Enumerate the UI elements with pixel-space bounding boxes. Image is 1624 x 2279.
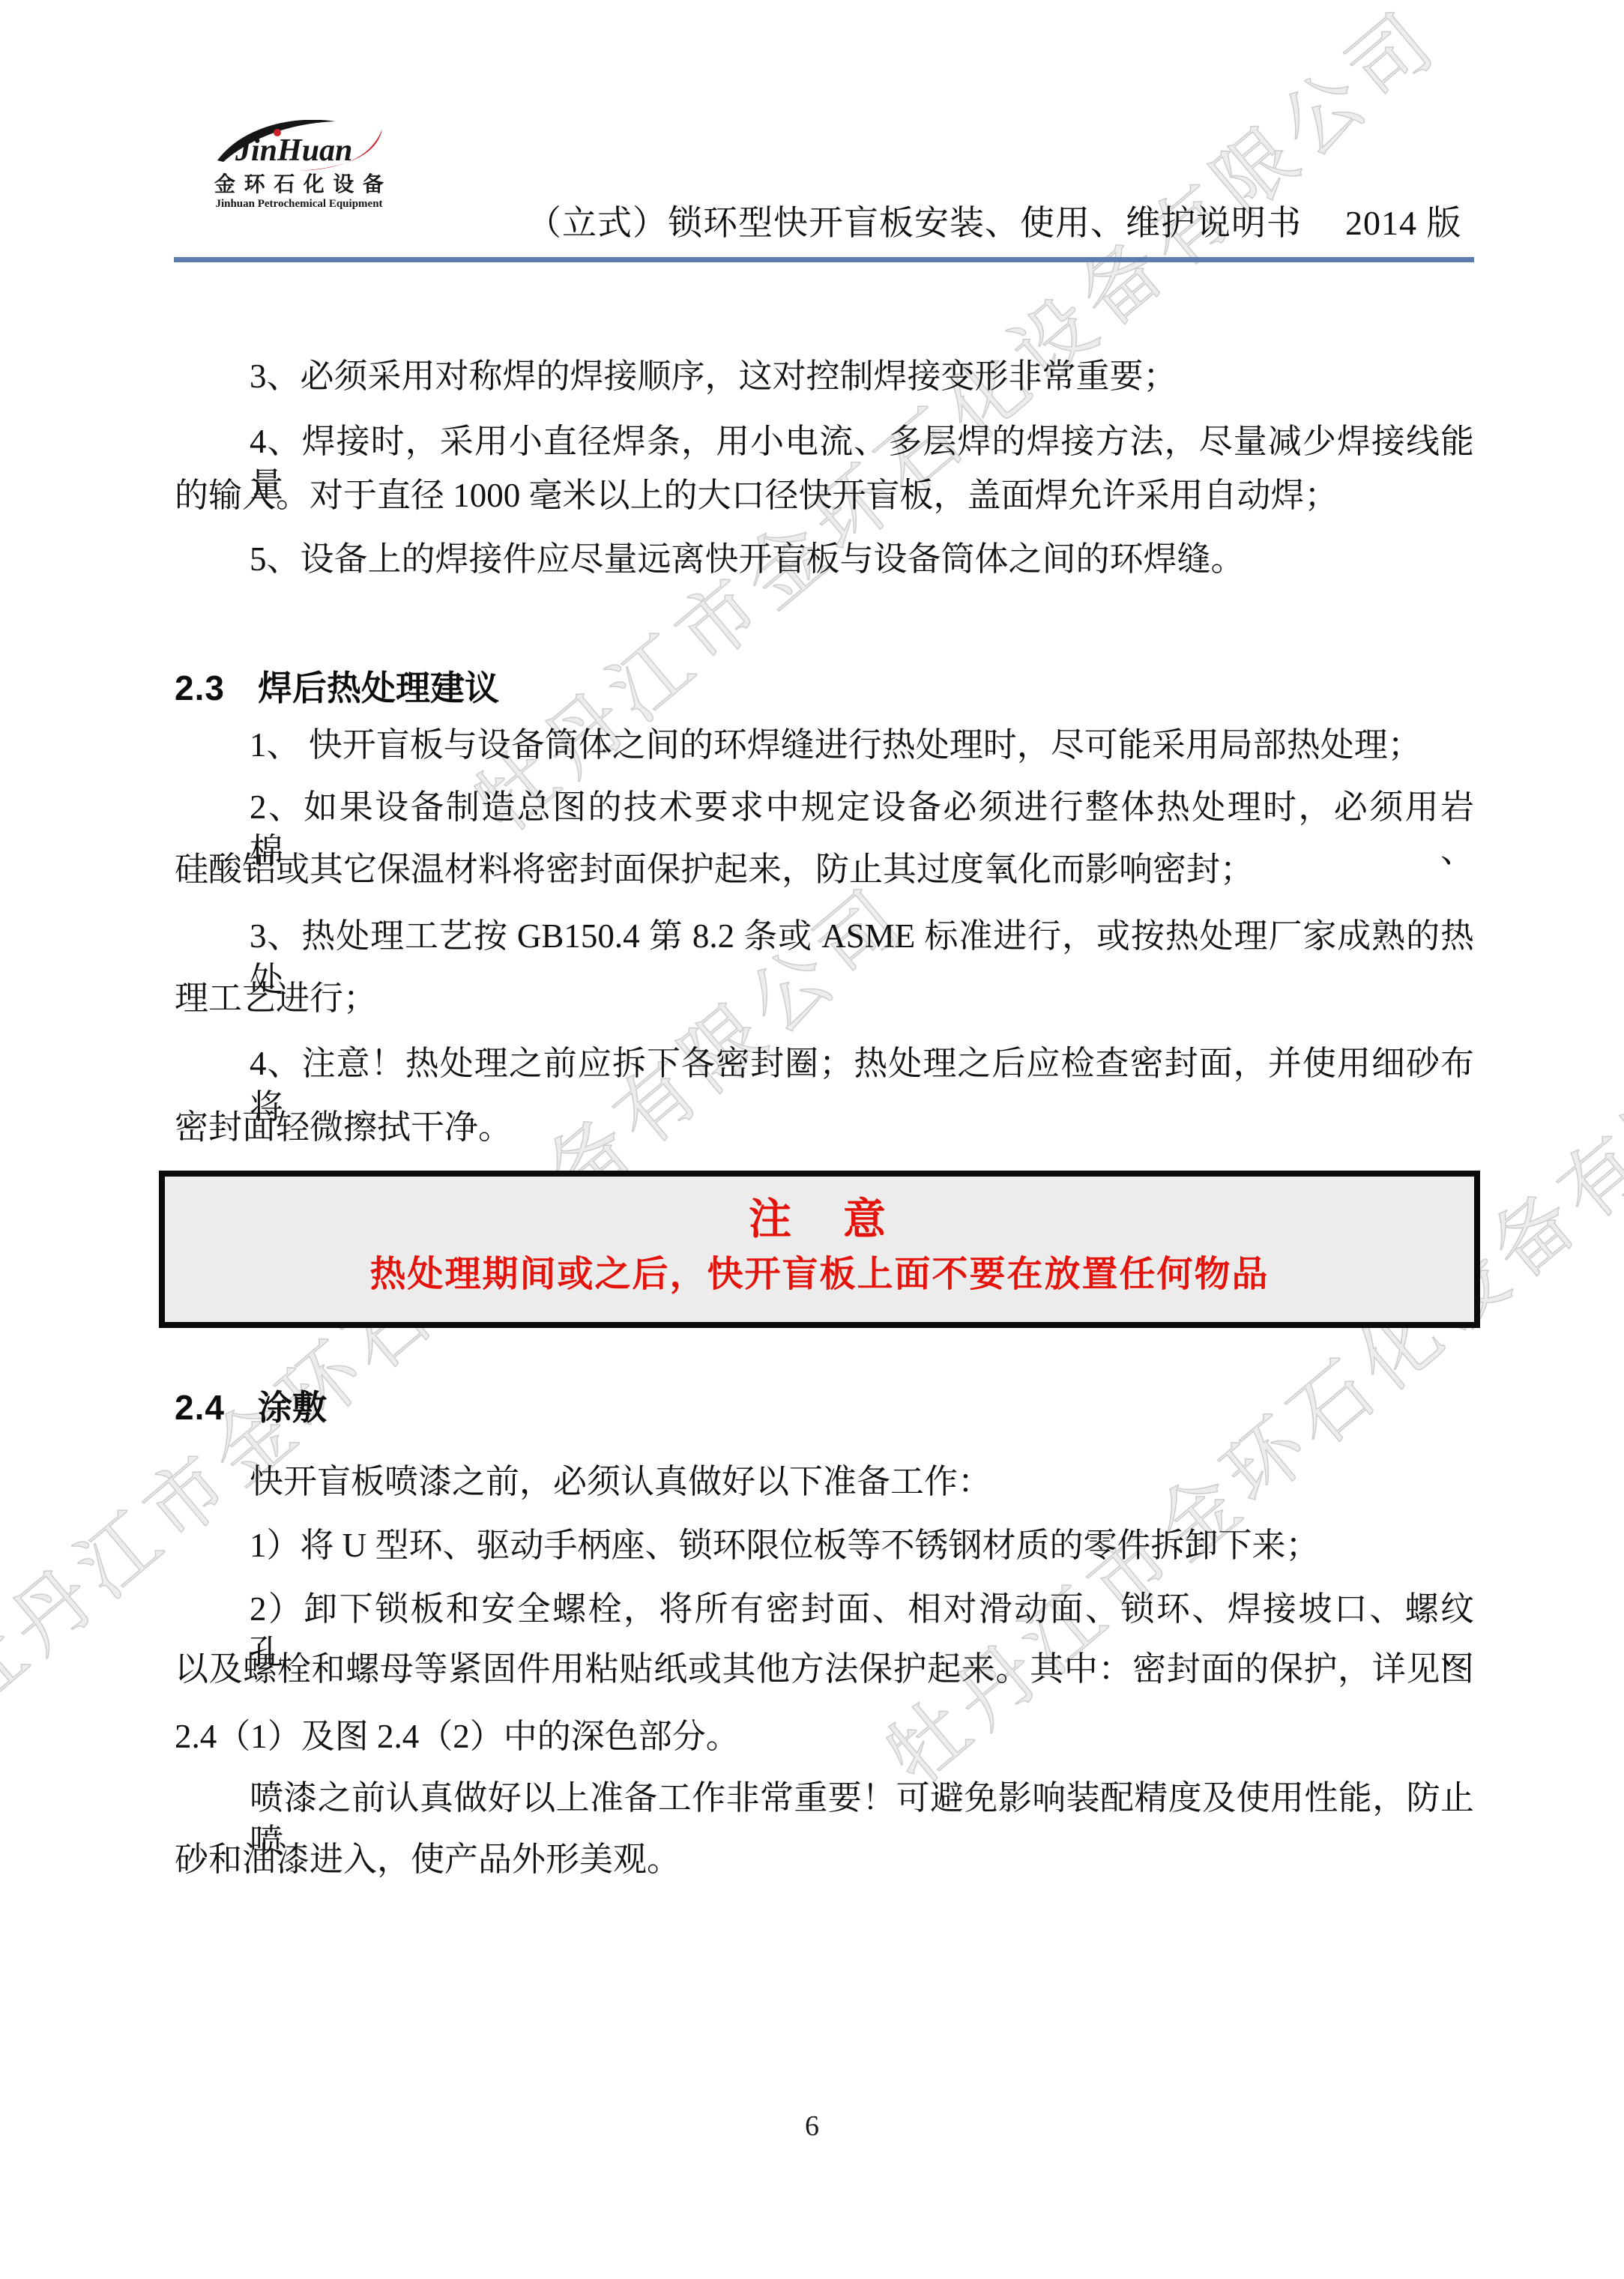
page-number: 6 [0,2110,1624,2142]
company-logo: JinHuan 金环石化设备 Jinhuan Petrochemical Equ… [214,120,384,210]
section-title: 焊后热处理建议 [258,668,499,707]
body-line: 1、 快开盲板与设备筒体之间的环焊缝进行热处理时，尽可能采用局部热处理； [175,723,1474,767]
body-line: 4、注意！热处理之前应拆下各密封圈；热处理之后应检查密封面，并使用细砂布将 [175,1042,1474,1085]
logo-chinese-name: 金环石化设备 [214,175,384,196]
section-heading-2-3: 2.3焊后热处理建议 [175,667,499,709]
logo-script-text: JinHuan [235,133,352,168]
notice-box: 注 意 热处理期间或之后，快开盲板上面不要在放置任何物品 [159,1171,1480,1328]
body-line: 1）将 U 型环、驱动手柄座、锁环限位板等不锈钢材质的零件拆卸下来； [175,1524,1474,1567]
body-line: 5、设备上的焊接件应尽量远离快开盲板与设备筒体之间的环焊缝。 [175,537,1474,581]
body-line: 3、热处理工艺按 GB150.4 第 8.2 条或 ASME 标准进行，或按热处… [175,914,1474,958]
section-number: 2.4 [175,1388,225,1427]
body-line: 快开盲板喷漆之前，必须认真做好以下准备工作： [175,1460,1474,1503]
body-line: 的输入。对于直径 1000 毫米以上的大口径快开盲板，盖面焊允许采用自动焊； [175,474,1474,517]
logo-english-name: Jinhuan Petrochemical Equipment [214,198,384,210]
manual-title: （立式）锁环型快开盲板安装、使用、维护说明书 [527,204,1302,242]
body-line: 2）卸下锁板和安全螺栓，将所有密封面、相对滑动面、锁环、焊接坡口、螺纹孔、 [175,1587,1474,1631]
body-line: 2、如果设备制造总图的技术要求中规定设备必须进行整体热处理时，必须用岩棉、 [175,785,1474,829]
section-heading-2-4: 2.4涂敷 [175,1386,327,1428]
notice-text: 热处理期间或之后，快开盲板上面不要在放置任何物品 [165,1255,1474,1295]
body-line: 以及螺栓和螺母等紧固件用粘贴纸或其他方法保护起来。其中：密封面的保护，详见图 [175,1647,1474,1691]
header-divider-line [174,257,1474,262]
document-page: 牡丹江市金环石化设备有限公司 牡丹江市金环石化设备有限公司 牡丹江市金环石化设备… [0,0,1624,2279]
jinhuan-logo-icon: JinHuan [214,120,384,174]
body-line: 密封面轻微擦拭干净。 [175,1105,1474,1149]
section-number: 2.3 [175,668,225,707]
notice-title: 注 意 [165,1196,1474,1243]
edition-label: 2014 版 [1345,204,1462,242]
section-title: 涂敷 [258,1388,327,1427]
body-line: 4、焊接时，采用小直径焊条，用小电流、多层焊的焊接方法，尽量减少焊接线能量 [175,420,1474,463]
body-line: 理工艺进行； [175,977,1474,1020]
body-line: 2.4（1）及图 2.4（2）中的深色部分。 [175,1715,1474,1758]
body-line: 喷漆之前认真做好以上准备工作非常重要！可避免影响装配精度及使用性能，防止喷 [175,1776,1474,1820]
document-header-title: （立式）锁环型快开盲板安装、使用、维护说明书2014 版 [527,204,1462,243]
body-line: 3、必须采用对称焊的焊接顺序，这对控制焊接变形非常重要； [175,354,1474,398]
body-line: 硅酸铝或其它保温材料将密封面保护起来，防止其过度氧化而影响密封； [175,848,1474,891]
body-line: 砂和油漆进入，使产品外形美观。 [175,1838,1474,1881]
